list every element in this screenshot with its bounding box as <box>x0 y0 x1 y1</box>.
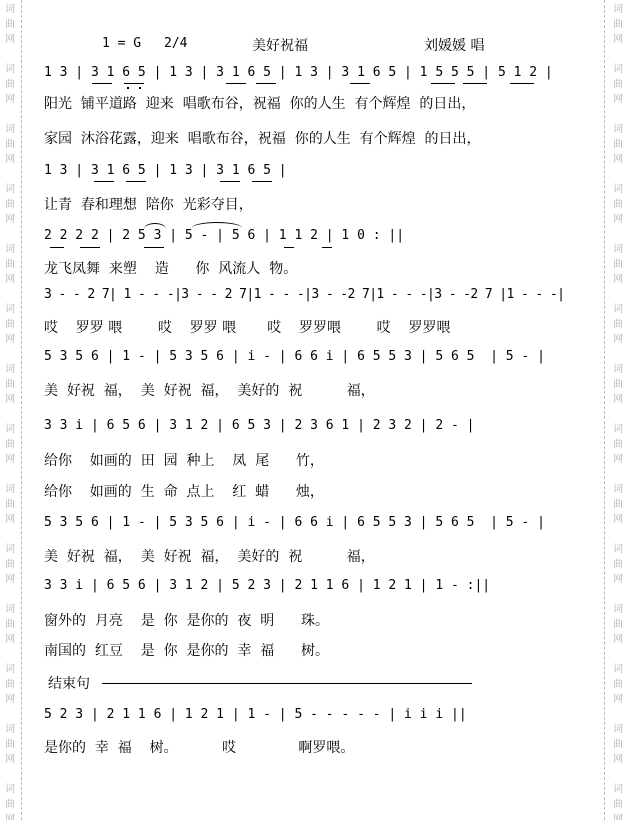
watermark-char: 网 <box>0 752 20 767</box>
watermark-group: 词曲网 <box>0 362 20 407</box>
watermark-char: 曲 <box>0 497 20 512</box>
beam <box>463 83 487 84</box>
watermark-char: 曲 <box>608 17 625 32</box>
watermark-char: 词 <box>0 542 20 557</box>
watermark-group: 词曲网 <box>608 422 625 467</box>
watermark-char: 网 <box>0 812 20 820</box>
watermark-char: 网 <box>608 812 625 820</box>
lyrics-row-6: 美 好祝 福， 美 好祝 福， 美好的 祝 福， <box>44 380 375 400</box>
song-title: 美好祝福 <box>252 35 308 55</box>
watermark-char: 网 <box>608 572 625 587</box>
beam <box>322 247 332 248</box>
watermark-group: 词曲网 <box>0 722 20 767</box>
watermark-char: 网 <box>0 92 20 107</box>
watermark-char: 网 <box>608 692 625 707</box>
watermark-char: 网 <box>608 32 625 47</box>
watermark-char: 词 <box>608 662 625 677</box>
lyrics-row-9: 美 好祝 福， 美 好祝 福， 美好的 祝 福， <box>44 546 375 566</box>
watermark-char: 曲 <box>0 257 20 272</box>
beam <box>124 83 144 84</box>
watermark-group: 词曲网 <box>608 242 625 287</box>
watermark-char: 网 <box>608 632 625 647</box>
watermark-char: 词 <box>608 2 625 17</box>
watermark-char: 曲 <box>0 677 20 692</box>
notation-row-3: 2 2 2 2 | 2 5 3 | 5 - | 5 6 | 1 1 2 | 1 … <box>44 228 404 243</box>
lyrics-row-4: 龙飞凤舞 来塑 造 你 风流人 物。 <box>44 258 297 278</box>
lyrics-row-12: 是你的 幸 福 树。 哎 啊罗喂。 <box>44 737 354 757</box>
watermark-char: 网 <box>0 512 20 527</box>
watermark-char: 网 <box>608 512 625 527</box>
lyrics-row-5: 哎 罗罗 喂 哎 罗罗 喂 哎 罗罗喂 哎 罗罗喂 <box>44 317 450 337</box>
beam <box>284 247 294 248</box>
watermark-char: 曲 <box>0 17 20 32</box>
watermark-group: 词曲网 <box>608 362 625 407</box>
beam <box>220 181 240 182</box>
beam <box>126 181 146 182</box>
performer: 刘媛媛 唱 <box>424 35 484 55</box>
watermark-char: 词 <box>608 122 625 137</box>
watermark-char: 曲 <box>0 77 20 92</box>
beam <box>226 83 246 84</box>
watermark-group: 词曲网 <box>0 482 20 527</box>
beam <box>94 181 114 182</box>
watermark-char: 网 <box>608 452 625 467</box>
watermark-char: 词 <box>608 482 625 497</box>
watermark-char: 词 <box>0 2 20 17</box>
watermark-char: 网 <box>0 32 20 47</box>
divider-left <box>21 0 22 820</box>
beam <box>92 83 112 84</box>
watermark-char: 曲 <box>608 77 625 92</box>
ending-label: 结束句 <box>48 673 90 693</box>
watermark-char: 词 <box>0 782 20 797</box>
watermark-char: 曲 <box>0 377 20 392</box>
watermark-char: 词 <box>608 602 625 617</box>
low-octave-dot <box>127 87 129 89</box>
watermark-char: 网 <box>608 752 625 767</box>
watermark-group: 词曲网 <box>608 482 625 527</box>
watermark-group: 词曲网 <box>0 62 20 107</box>
watermark-group: 词曲网 <box>608 722 625 767</box>
watermark-char: 曲 <box>608 497 625 512</box>
watermark-char: 网 <box>608 212 625 227</box>
watermark-char: 词 <box>0 422 20 437</box>
watermark-char: 网 <box>0 692 20 707</box>
watermark-char: 网 <box>0 392 20 407</box>
watermark-char: 词 <box>608 722 625 737</box>
beam <box>252 181 272 182</box>
watermark-char: 词 <box>608 782 625 797</box>
watermark-char: 词 <box>0 302 20 317</box>
watermark-char: 网 <box>0 332 20 347</box>
watermark-char: 曲 <box>0 317 20 332</box>
watermark-char: 词 <box>0 62 20 77</box>
watermark-char: 词 <box>608 182 625 197</box>
notation-row-4: 3 - - 2 7| 1 - - -|3 - - 2 7|1 - - -|3 -… <box>44 287 564 302</box>
beam <box>256 83 276 84</box>
watermark-char: 词 <box>0 362 20 377</box>
watermark-char: 网 <box>608 272 625 287</box>
watermark-char: 词 <box>608 62 625 77</box>
watermark-char: 网 <box>608 152 625 167</box>
watermark-char: 词 <box>0 602 20 617</box>
watermark-char: 词 <box>0 722 20 737</box>
watermark-group: 词曲网 <box>0 782 20 820</box>
watermark-char: 曲 <box>608 257 625 272</box>
watermark-char: 曲 <box>608 377 625 392</box>
watermark-char: 网 <box>608 92 625 107</box>
watermark-group: 词曲网 <box>608 782 625 820</box>
watermark-left: 词曲网词曲网词曲网词曲网词曲网词曲网词曲网词曲网词曲网词曲网词曲网词曲网词曲网词… <box>0 0 20 820</box>
divider-right <box>604 0 605 820</box>
watermark-char: 曲 <box>0 617 20 632</box>
lyrics-row-8: 给你 如画的 生 命 点上 红 蜡 烛， <box>44 481 324 501</box>
watermark-char: 词 <box>608 362 625 377</box>
lyrics-row-11: 南国的 红豆 是 你 是你的 幸 福 树。 <box>44 640 329 660</box>
watermark-char: 词 <box>0 482 20 497</box>
beam <box>80 247 100 248</box>
watermark-char: 网 <box>608 332 625 347</box>
watermark-char: 曲 <box>0 197 20 212</box>
beam <box>50 247 64 248</box>
notation-row-5: 5 3 5 6 | 1 - | 5 3 5 6 | i - | 6 6 i | … <box>44 349 545 364</box>
watermark-char: 曲 <box>608 677 625 692</box>
notation-row-9: 5 2 3 | 2 1 1 6 | 1 2 1 | 1 - | 5 - - - … <box>44 707 467 722</box>
lyrics-row-10: 窗外的 月亮 是 你 是你的 夜 明 珠。 <box>44 610 329 630</box>
watermark-group: 词曲网 <box>608 2 625 47</box>
ending-bracket-line <box>102 683 472 684</box>
watermark-group: 词曲网 <box>0 122 20 167</box>
watermark-group: 词曲网 <box>608 662 625 707</box>
beam <box>350 83 370 84</box>
watermark-char: 词 <box>608 302 625 317</box>
watermark-group: 词曲网 <box>0 422 20 467</box>
beam <box>510 83 534 84</box>
watermark-char: 词 <box>608 242 625 257</box>
watermark-char: 词 <box>608 542 625 557</box>
watermark-group: 词曲网 <box>0 542 20 587</box>
notation-row-7: 5 3 5 6 | 1 - | 5 3 5 6 | i - | 6 6 i | … <box>44 515 545 530</box>
watermark-char: 词 <box>0 242 20 257</box>
watermark-group: 词曲网 <box>0 182 20 227</box>
key-signature: 1 = G <box>102 36 141 51</box>
watermark-char: 网 <box>0 272 20 287</box>
watermark-char: 曲 <box>608 317 625 332</box>
watermark-group: 词曲网 <box>0 2 20 47</box>
watermark-char: 曲 <box>0 737 20 752</box>
lyrics-row-1: 阳光 铺平道路 迎来 唱歌布谷，祝福 你的人生 有个辉煌 的日出， <box>44 93 475 113</box>
watermark-char: 曲 <box>608 197 625 212</box>
watermark-group: 词曲网 <box>0 602 20 647</box>
watermark-char: 网 <box>608 392 625 407</box>
beam <box>431 83 455 84</box>
watermark-char: 曲 <box>0 137 20 152</box>
watermark-char: 网 <box>0 212 20 227</box>
watermark-char: 曲 <box>0 797 20 812</box>
watermark-group: 词曲网 <box>0 662 20 707</box>
watermark-char: 词 <box>0 122 20 137</box>
notation-row-2: 1 3 | 3 1 6 5 | 1 3 | 3 1 6 5 | <box>44 163 287 178</box>
lyrics-row-3: 让青 春和理想 陪你 光彩夺目， <box>44 194 253 214</box>
watermark-group: 词曲网 <box>608 602 625 647</box>
watermark-group: 词曲网 <box>0 242 20 287</box>
watermark-char: 曲 <box>608 557 625 572</box>
notation-row-8: 3 3 i | 6 5 6 | 3 1 2 | 5 2 3 | 2 1 1 6 … <box>44 578 490 593</box>
watermark-group: 词曲网 <box>608 182 625 227</box>
watermark-char: 曲 <box>608 437 625 452</box>
watermark-group: 词曲网 <box>0 302 20 347</box>
watermark-group: 词曲网 <box>608 122 625 167</box>
tie <box>192 222 242 228</box>
watermark-char: 曲 <box>608 617 625 632</box>
slur <box>144 223 166 229</box>
lyrics-row-7: 给你 如画的 田 园 种上 凤 尾 竹， <box>44 450 324 470</box>
watermark-char: 曲 <box>0 437 20 452</box>
watermark-group: 词曲网 <box>608 542 625 587</box>
notation-row-6: 3 3 i | 6 5 6 | 3 1 2 | 6 5 3 | 2 3 6 1 … <box>44 418 474 433</box>
watermark-char: 网 <box>0 452 20 467</box>
watermark-char: 曲 <box>608 797 625 812</box>
notation-row-1: 1 3 | 3 1 6 5 | 1 3 | 3 1 6 5 | 1 3 | 3 … <box>44 65 553 80</box>
watermark-char: 词 <box>0 662 20 677</box>
watermark-right: 词曲网词曲网词曲网词曲网词曲网词曲网词曲网词曲网词曲网词曲网词曲网词曲网词曲网词… <box>608 0 625 820</box>
watermark-char: 网 <box>0 632 20 647</box>
watermark-char: 词 <box>0 182 20 197</box>
low-octave-dot <box>139 87 141 89</box>
time-signature: 2/4 <box>164 36 187 51</box>
watermark-char: 词 <box>608 422 625 437</box>
watermark-char: 曲 <box>608 137 625 152</box>
watermark-group: 词曲网 <box>608 302 625 347</box>
watermark-char: 曲 <box>608 737 625 752</box>
watermark-char: 网 <box>0 572 20 587</box>
watermark-char: 曲 <box>0 557 20 572</box>
watermark-group: 词曲网 <box>608 62 625 107</box>
beam <box>144 247 164 248</box>
lyrics-row-2: 家园 沐浴花露，迎来 唱歌布谷，祝福 你的人生 有个辉煌 的日出， <box>44 128 481 148</box>
watermark-char: 网 <box>0 152 20 167</box>
